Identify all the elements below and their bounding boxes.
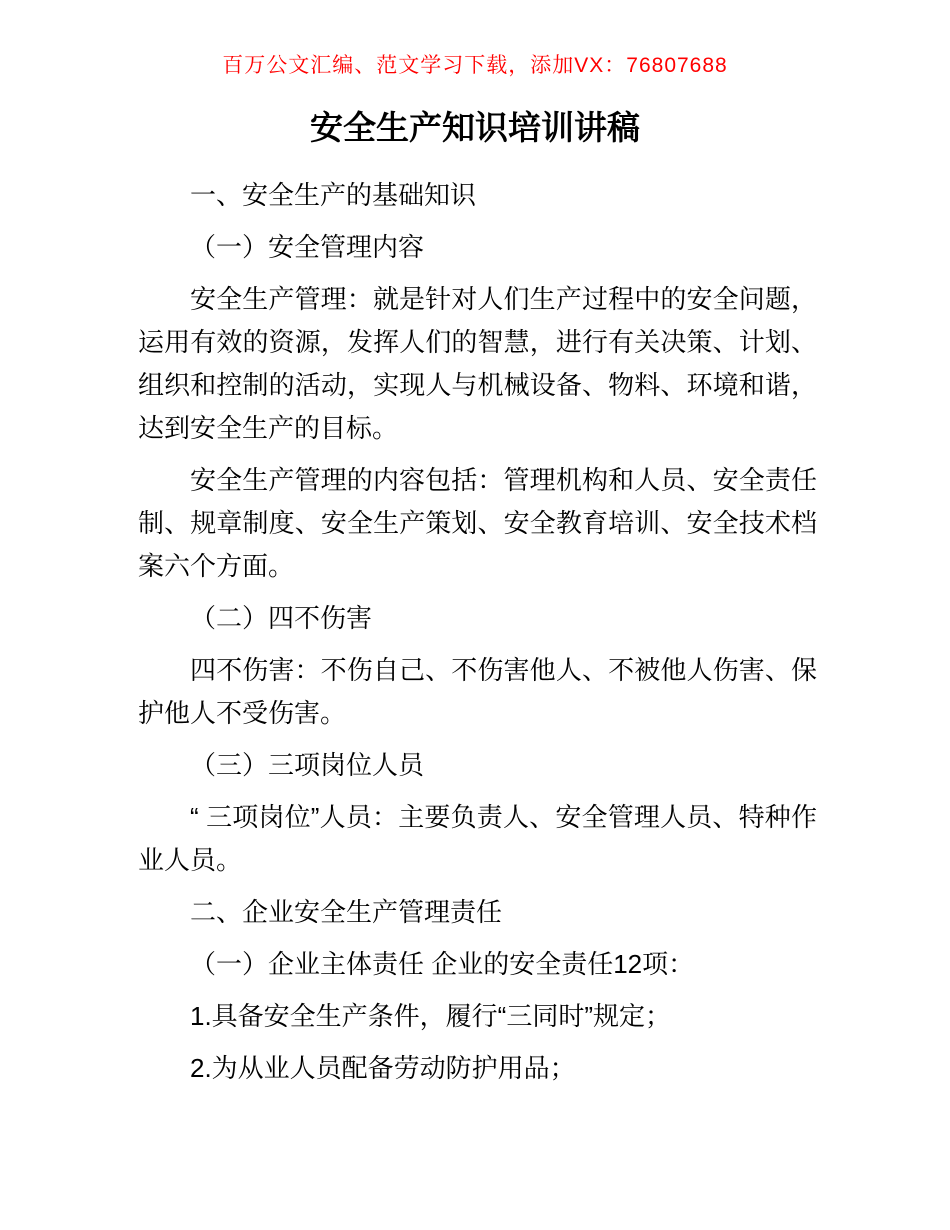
section-heading: （一）企业主体责任 企业的安全责任12项：: [138, 943, 817, 986]
body-paragraph: “ 三项岗位”人员：主要负责人、安全管理人员、特种作业人员。: [138, 796, 817, 882]
section-heading: 一、安全生产的基础知识: [138, 174, 817, 217]
document-page: 百万公文汇编、范文学习下载，添加VX：76807688 安全生产知识培训讲稿 一…: [0, 0, 950, 1230]
section-heading: 二、企业安全生产管理责任: [138, 891, 817, 934]
document-body: 一、安全生产的基础知识 （一）安全管理内容 安全生产管理：就是针对人们生产过程中…: [138, 174, 817, 1090]
body-paragraph: 安全生产管理：就是针对人们生产过程中的安全问题，运用有效的资源，发挥人们的智慧，…: [138, 278, 817, 450]
body-paragraph: 安全生产管理的内容包括：管理机构和人员、安全责任制、规章制度、安全生产策划、安全…: [138, 459, 817, 588]
list-item: 1.具备安全生产条件，履行“三同时”规定；: [138, 995, 817, 1038]
section-heading: （三）三项岗位人员: [138, 744, 817, 787]
section-heading: （一）安全管理内容: [138, 226, 817, 269]
section-heading: （二）四不伤害: [138, 597, 817, 640]
body-paragraph: 四不伤害：不伤自己、不伤害他人、不被他人伤害、保护他人不受伤害。: [138, 649, 817, 735]
watermark-notice: 百万公文汇编、范文学习下载，添加VX：76807688: [0, 0, 950, 82]
list-item: 2.为从业人员配备劳动防护用品；: [138, 1047, 817, 1090]
page-title: 安全生产知识培训讲稿: [0, 104, 950, 152]
